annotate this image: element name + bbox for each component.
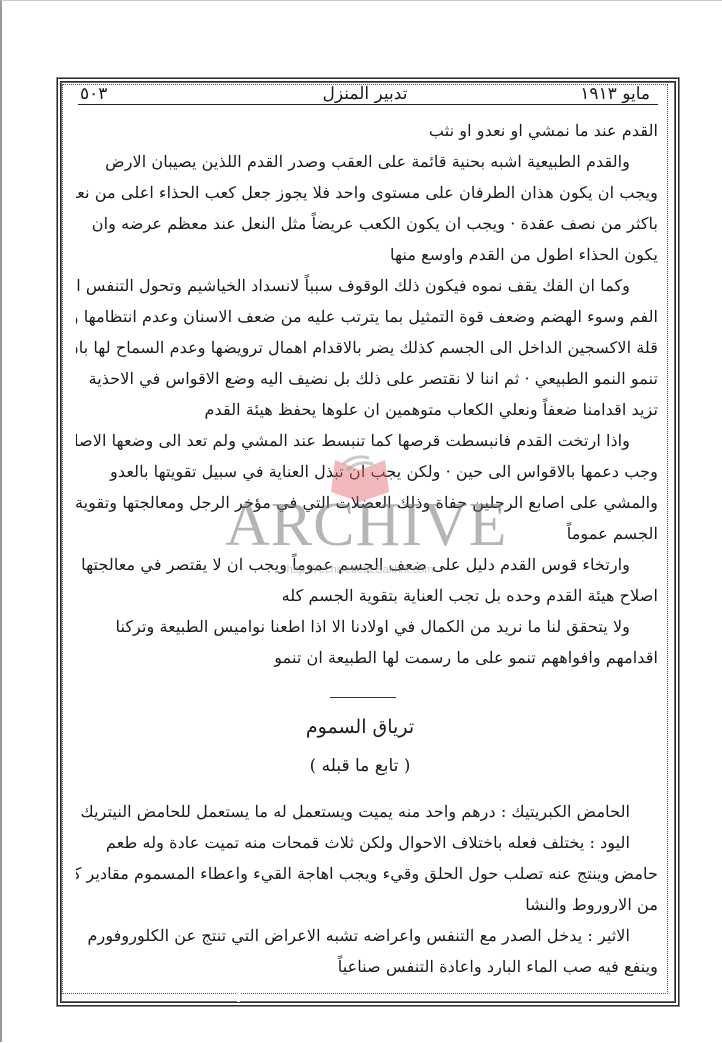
text-line: القدم عند ما نمشي او نعدو او نثب bbox=[76, 115, 658, 146]
text-line: واذا ارتخت القدم فانبسطت قرصها كما تنبسط… bbox=[76, 425, 658, 456]
section-subheading: ( تابع ما قبله ) bbox=[250, 756, 470, 776]
text-line: وينفع فيه صب الماء البارد واعادة التنفس … bbox=[76, 951, 658, 982]
text-line: تزيد اقدامنا ضعفاً ونعلي الكعاب متوهمين … bbox=[76, 394, 658, 425]
text-line: وجب دعمها بالاقواس الى حين · ولكن يجب ان… bbox=[76, 456, 658, 487]
text-line: وكما ان الفك يقف نموه فيكون ذلك الوقوف س… bbox=[76, 270, 658, 301]
text-line: من الاروروط والنشا bbox=[76, 889, 658, 920]
section-heading: ترياق السموم bbox=[250, 716, 470, 738]
header-rule bbox=[78, 104, 658, 105]
text-line: ولا يتحقق لنا ما نريد من الكمال في اولاد… bbox=[76, 611, 658, 642]
running-header: مايو ١٩١٣ تدبير المنزل ٥٠٣ bbox=[80, 82, 650, 106]
border-break bbox=[237, 990, 240, 1002]
journal-section-title: تدبير المنزل bbox=[230, 84, 500, 104]
section-body: الحامض الكبريتيك : درهم واحد منه يميت وي… bbox=[76, 796, 658, 982]
text-line: باكثر من نصف عقدة · ويجب ان يكون الكعب ع… bbox=[76, 208, 658, 239]
text-line: والمشي على اصابع الرجلين حفاة وذلك العضل… bbox=[76, 487, 658, 518]
text-line: الفم وسوء الهضم وضعف قوة التمثيل بما يتر… bbox=[76, 301, 658, 332]
text-line: والقدم الطبيعية اشبه بحنية قائمة على الع… bbox=[76, 146, 658, 177]
text-line: الجسم عموماً bbox=[76, 518, 658, 549]
text-line: تنمو النمو الطبيعي · ثم اننا لا نقتصر عل… bbox=[76, 363, 658, 394]
page-number: ٥٠٣ bbox=[80, 84, 230, 104]
issue-date: مايو ١٩١٣ bbox=[500, 84, 650, 104]
text-line: يكون الحذاء اطول من القدم واوسع منها bbox=[76, 239, 658, 270]
text-line: الاثير : يدخل الصدر مع التنفس واعراضه تش… bbox=[76, 920, 658, 951]
text-line: اصلاح هيئة القدم وحده بل تجب العناية بتق… bbox=[76, 580, 658, 611]
article-body: القدم عند ما نمشي او نعدو او نثب والقدم … bbox=[76, 115, 658, 673]
text-line: ويجب ان يكون هذان الطرفان على مستوى واحد… bbox=[76, 177, 658, 208]
text-line: حامض وينتج عنه تصلب حول الحلق وقيء ويجب … bbox=[76, 858, 658, 889]
text-line: اليود : يختلف فعله باختلاف الاحوال ولكن … bbox=[76, 827, 658, 858]
text-line: قلة الاكسجين الداخل الى الجسم كذلك يضر ب… bbox=[76, 332, 658, 363]
text-line: الحامض الكبريتيك : درهم واحد منه يميت وي… bbox=[76, 796, 658, 827]
text-line: وارتخاء قوس القدم دليل على ضعف الجسم عمو… bbox=[76, 549, 658, 580]
text-line: اقدامهم وافواههم تنمو على ما رسمت لها ال… bbox=[76, 642, 658, 673]
section-separator bbox=[330, 697, 396, 698]
